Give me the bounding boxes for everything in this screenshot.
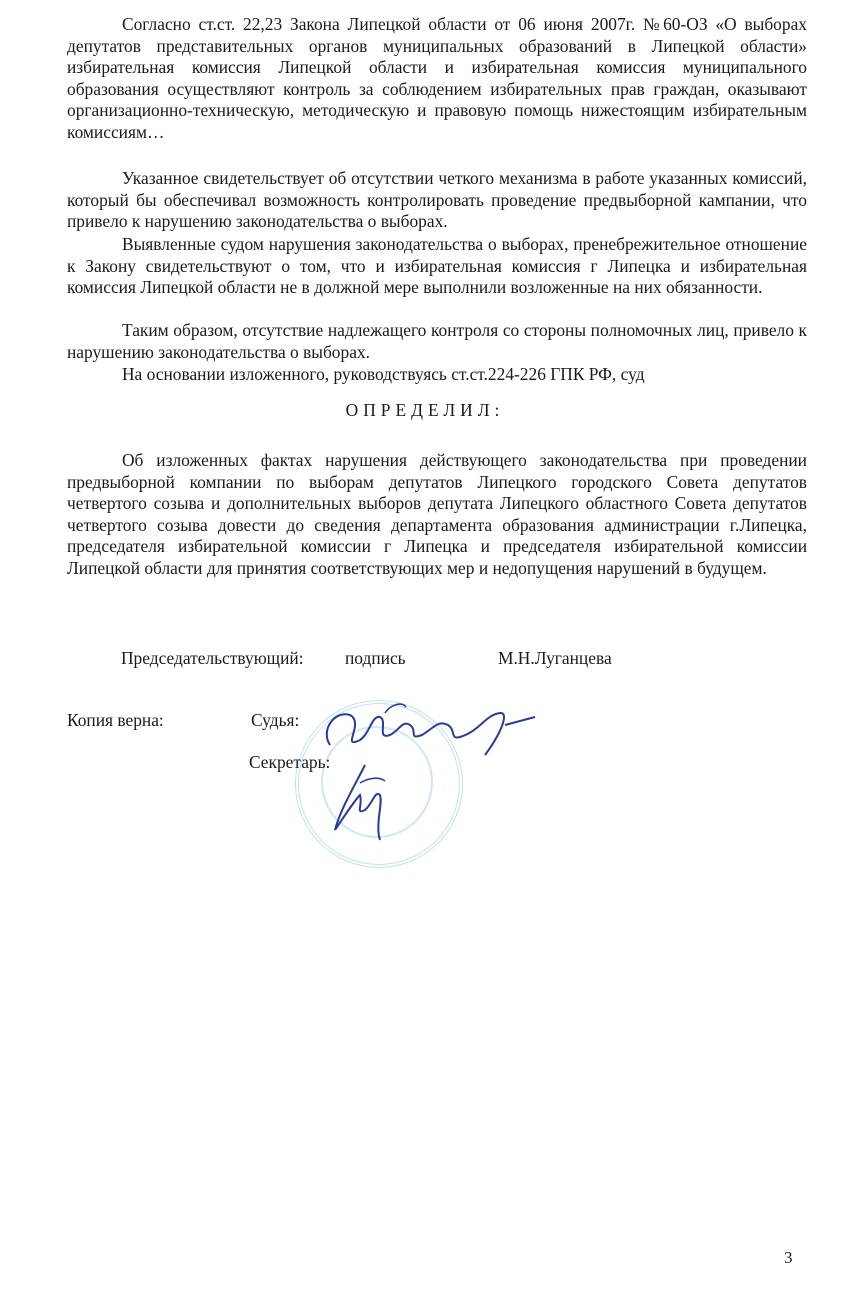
paragraph-law-reference: Согласно ст.ст. 22,23 Закона Липецкой об… [67, 14, 807, 143]
secretary-signature [325, 755, 405, 845]
paragraph-conclusion: Таким образом, отсутствие надлежащего ко… [67, 320, 807, 363]
presiding-sign: подпись [345, 648, 406, 669]
paragraph-text: Выявленные судом нарушения законодательс… [67, 234, 807, 297]
presiding-label: Председательствующий: [121, 648, 304, 669]
ruling-heading: ОПРЕДЕЛИЛ: [0, 400, 850, 421]
presiding-name: М.Н.Луганцева [498, 648, 612, 669]
document-page: Согласно ст.ст. 22,23 Закона Липецкой об… [0, 0, 850, 1313]
paragraph-text: Согласно ст.ст. 22,23 Закона Липецкой об… [67, 14, 807, 142]
paragraph-text: Об изложенных фактах нарушения действующ… [67, 450, 807, 578]
paragraph-text: Указанное свидетельствует об отсутствии … [67, 168, 807, 231]
paragraph-text: На основании изложенного, руководствуясь… [122, 364, 645, 384]
paragraph-text: Таким образом, отсутствие надлежащего ко… [67, 320, 807, 362]
judge-label: Судья: [251, 710, 299, 731]
paragraph-basis: На основании изложенного, руководствуясь… [67, 364, 807, 386]
paragraph-violations: Выявленные судом нарушения законодательс… [67, 234, 807, 299]
page-number: 3 [784, 1248, 793, 1268]
copy-label: Копия верна: [67, 710, 164, 731]
paragraph-mechanism: Указанное свидетельствует об отсутствии … [67, 168, 807, 233]
paragraph-ruling: Об изложенных фактах нарушения действующ… [67, 450, 807, 579]
